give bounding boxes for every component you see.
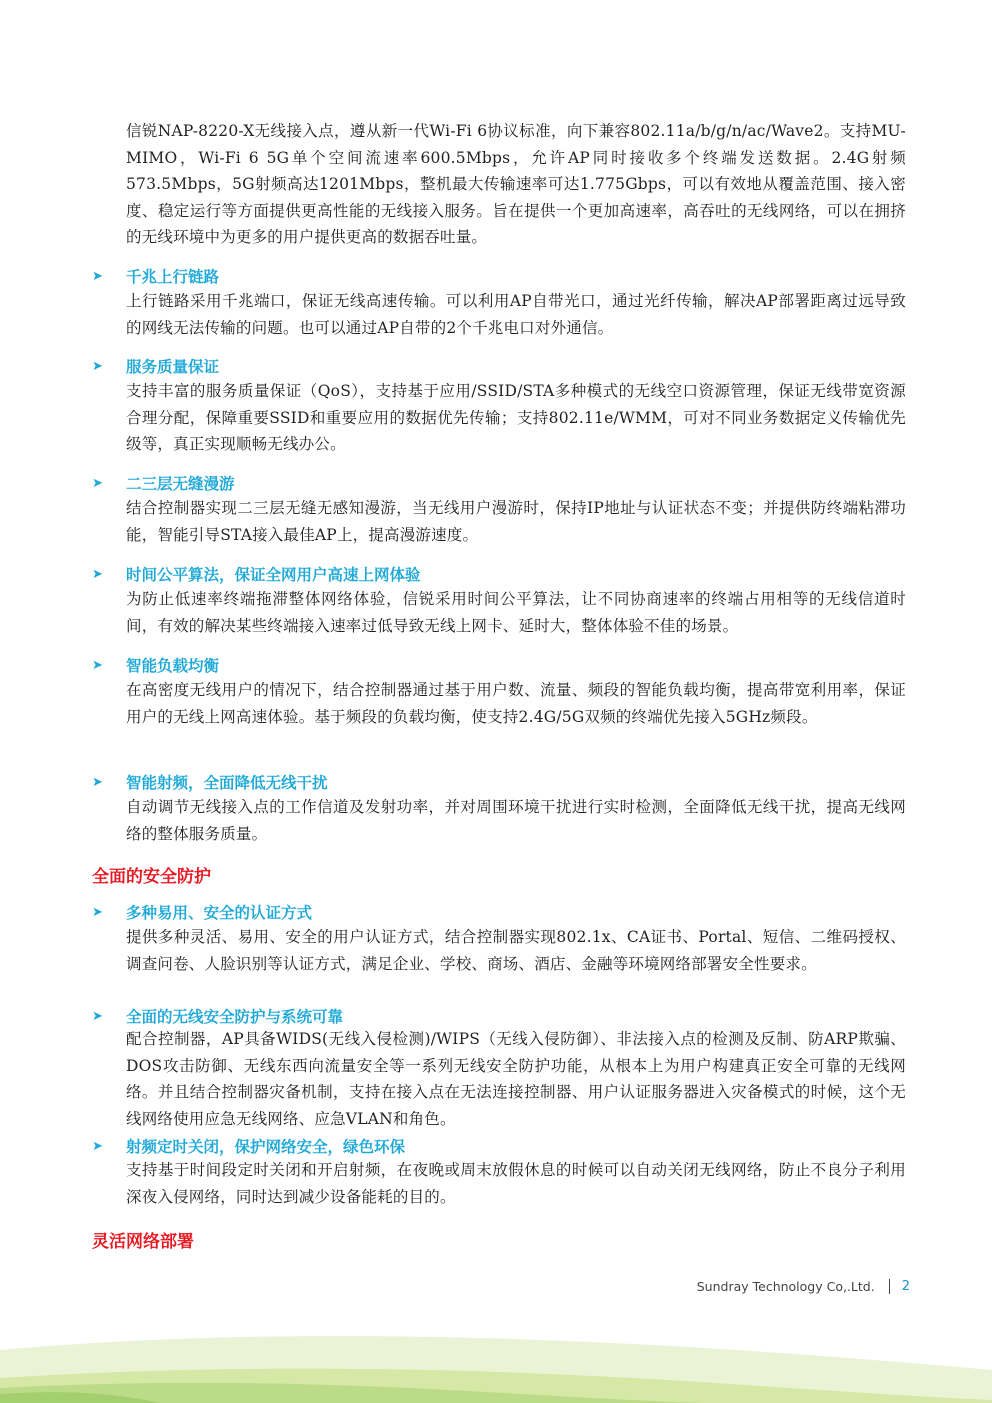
page-footer: Sundray Technology Co,.Ltd. 2: [650, 1279, 910, 1294]
document-page: 信锐NAP-8220-X无线接入点，遵从新一代Wi-Fi 6协议标准，向下兼容8…: [0, 0, 992, 1403]
arrow-bullet-icon: ➤: [92, 658, 126, 673]
feature-title: 智能射频，全面降低无线干扰: [126, 771, 328, 793]
feature-title: 二三层无缝漫游: [126, 472, 235, 494]
feature-title: 千兆上行链路: [126, 265, 219, 287]
feature-body: 提供多种灵活、易用、安全的用户认证方式，结合控制器实现802.1x、CA证书、P…: [126, 924, 906, 977]
feature-body: 支持丰富的服务质量保证（QoS），支持基于应用/SSID/STA多种模式的无线空…: [126, 378, 906, 458]
arrow-bullet-icon: ➤: [92, 905, 126, 920]
security-heading-rf-schedule: ➤ 射频定时关闭，保护网络安全，绿色环保: [92, 1134, 405, 1158]
feature-heading-uplink: ➤ 千兆上行链路: [92, 264, 219, 288]
feature-heading-airtime-fairness: ➤ 时间公平算法，保证全网用户高速上网体验: [92, 562, 421, 586]
feature-title: 多种易用、安全的认证方式: [126, 901, 312, 923]
arrow-bullet-icon: ➤: [92, 567, 126, 582]
arrow-bullet-icon: ➤: [92, 775, 126, 790]
company-name: Sundray Technology Co,.Ltd.: [697, 1279, 875, 1294]
arrow-bullet-icon: ➤: [92, 1009, 126, 1024]
feature-body: 配合控制器，AP具备WIDS(无线入侵检测)/WIPS（无线入侵防御）、非法接入…: [126, 1026, 906, 1132]
feature-heading-qos: ➤ 服务质量保证: [92, 354, 219, 378]
arrow-bullet-icon: ➤: [92, 476, 126, 491]
feature-heading-load-balance: ➤ 智能负载均衡: [92, 653, 219, 677]
section-title-security: 全面的安全防护: [92, 862, 211, 887]
feature-body: 结合控制器实现二三层无缝无感知漫游，当无线用户漫游时，保持IP地址与认证状态不变…: [126, 495, 906, 548]
security-heading-auth: ➤ 多种易用、安全的认证方式: [92, 900, 312, 924]
feature-body: 为防止低速率终端拖滞整体网络体验，信锐采用时间公平算法，让不同协商速率的终端占用…: [126, 586, 906, 639]
feature-title: 服务质量保证: [126, 355, 219, 377]
security-heading-protection: ➤ 全面的无线安全防护与系统可靠: [92, 1004, 343, 1028]
feature-body: 在高密度无线用户的情况下，结合控制器通过基于用户数、流量、频段的智能负载均衡，提…: [126, 677, 906, 730]
green-wave-decoration: [0, 1320, 992, 1403]
page-number: 2: [902, 1279, 910, 1294]
section-title-deploy: 灵活网络部署: [92, 1227, 194, 1252]
feature-body: 上行链路采用千兆端口，保证无线高速传输。可以利用AP自带光口，通过光纤传输，解决…: [126, 288, 906, 341]
footer-divider: [889, 1279, 890, 1294]
arrow-bullet-icon: ➤: [92, 359, 126, 374]
arrow-bullet-icon: ➤: [92, 269, 126, 284]
feature-title: 智能负载均衡: [126, 654, 219, 676]
arrow-bullet-icon: ➤: [92, 1139, 126, 1154]
intro-paragraph: 信锐NAP-8220-X无线接入点，遵从新一代Wi-Fi 6协议标准，向下兼容8…: [126, 118, 906, 251]
feature-heading-smart-rf: ➤ 智能射频，全面降低无线干扰: [92, 770, 328, 794]
feature-body: 自动调节无线接入点的工作信道及发射功率，并对周围环境干扰进行实时检测，全面降低无…: [126, 794, 906, 847]
feature-body: 支持基于时间段定时关闭和开启射频，在夜晚或周末放假休息的时候可以自动关闭无线网络…: [126, 1157, 906, 1210]
feature-title: 射频定时关闭，保护网络安全，绿色环保: [126, 1135, 405, 1157]
feature-heading-roaming: ➤ 二三层无缝漫游: [92, 471, 235, 495]
feature-title: 全面的无线安全防护与系统可靠: [126, 1005, 343, 1027]
feature-title: 时间公平算法，保证全网用户高速上网体验: [126, 563, 421, 585]
